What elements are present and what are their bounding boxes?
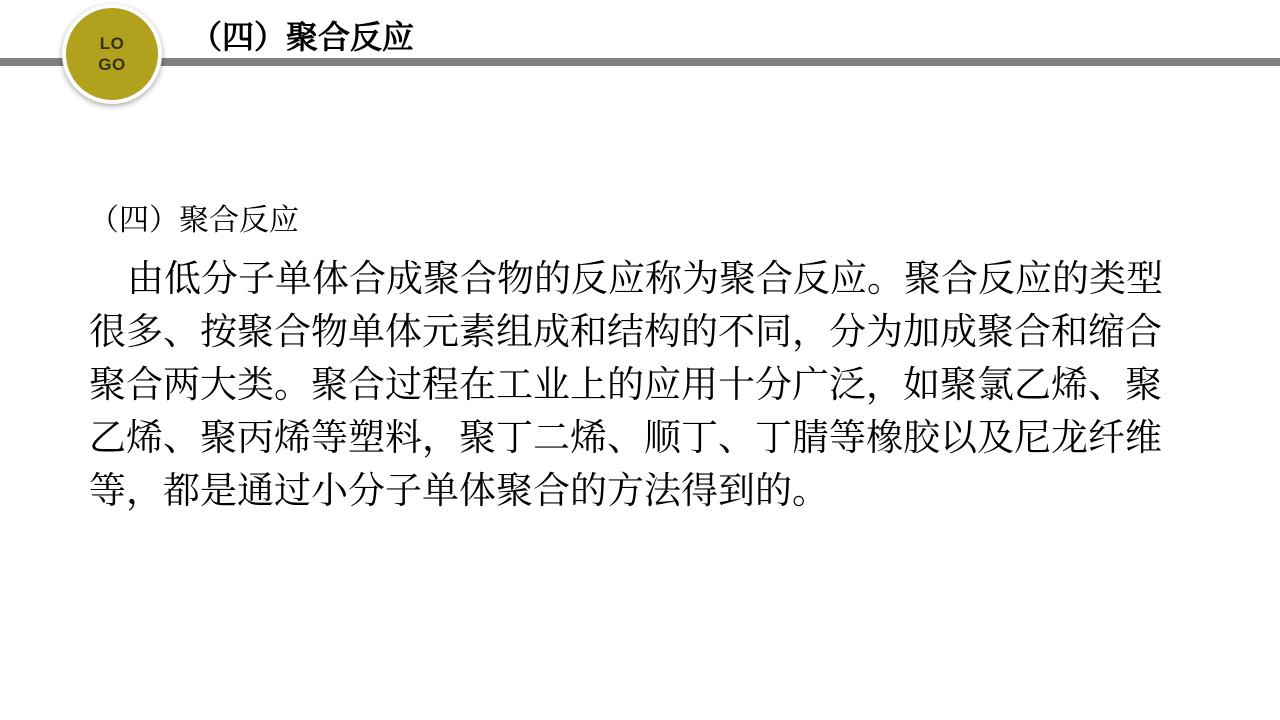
presentation-slide: LO GO （四）聚合反应 （四）聚合反应 由低分子单体合成聚合物的反应称为聚合… <box>0 0 1280 720</box>
body-text-line: 聚合两大类。聚合过程在工业上的应用十分广泛，如聚氯乙烯、聚 <box>89 358 1199 411</box>
body-paragraph: 由低分子单体合成聚合物的反应称为聚合反应。聚合反应的类型 很多、按聚合物单体元素… <box>89 252 1199 517</box>
body-text-line: 等，都是通过小分子单体聚合的方法得到的。 <box>89 464 1199 517</box>
body-text-line: 很多、按聚合物单体元素组成和结构的不同，分为加成聚合和缩合 <box>89 305 1199 358</box>
body-heading: （四）聚合反应 <box>89 200 299 242</box>
logo-badge: LO GO <box>62 4 162 104</box>
logo-text-line2: GO <box>98 54 125 75</box>
body-text-line: 乙烯、聚丙烯等塑料，聚丁二烯、顺丁、丁腈等橡胶以及尼龙纤维 <box>89 411 1199 464</box>
logo-text-line1: LO <box>100 33 125 54</box>
body-text-line: 由低分子单体合成聚合物的反应称为聚合反应。聚合反应的类型 <box>89 252 1199 305</box>
header-divider-line <box>0 58 1280 66</box>
slide-title: （四）聚合反应 <box>190 16 414 58</box>
